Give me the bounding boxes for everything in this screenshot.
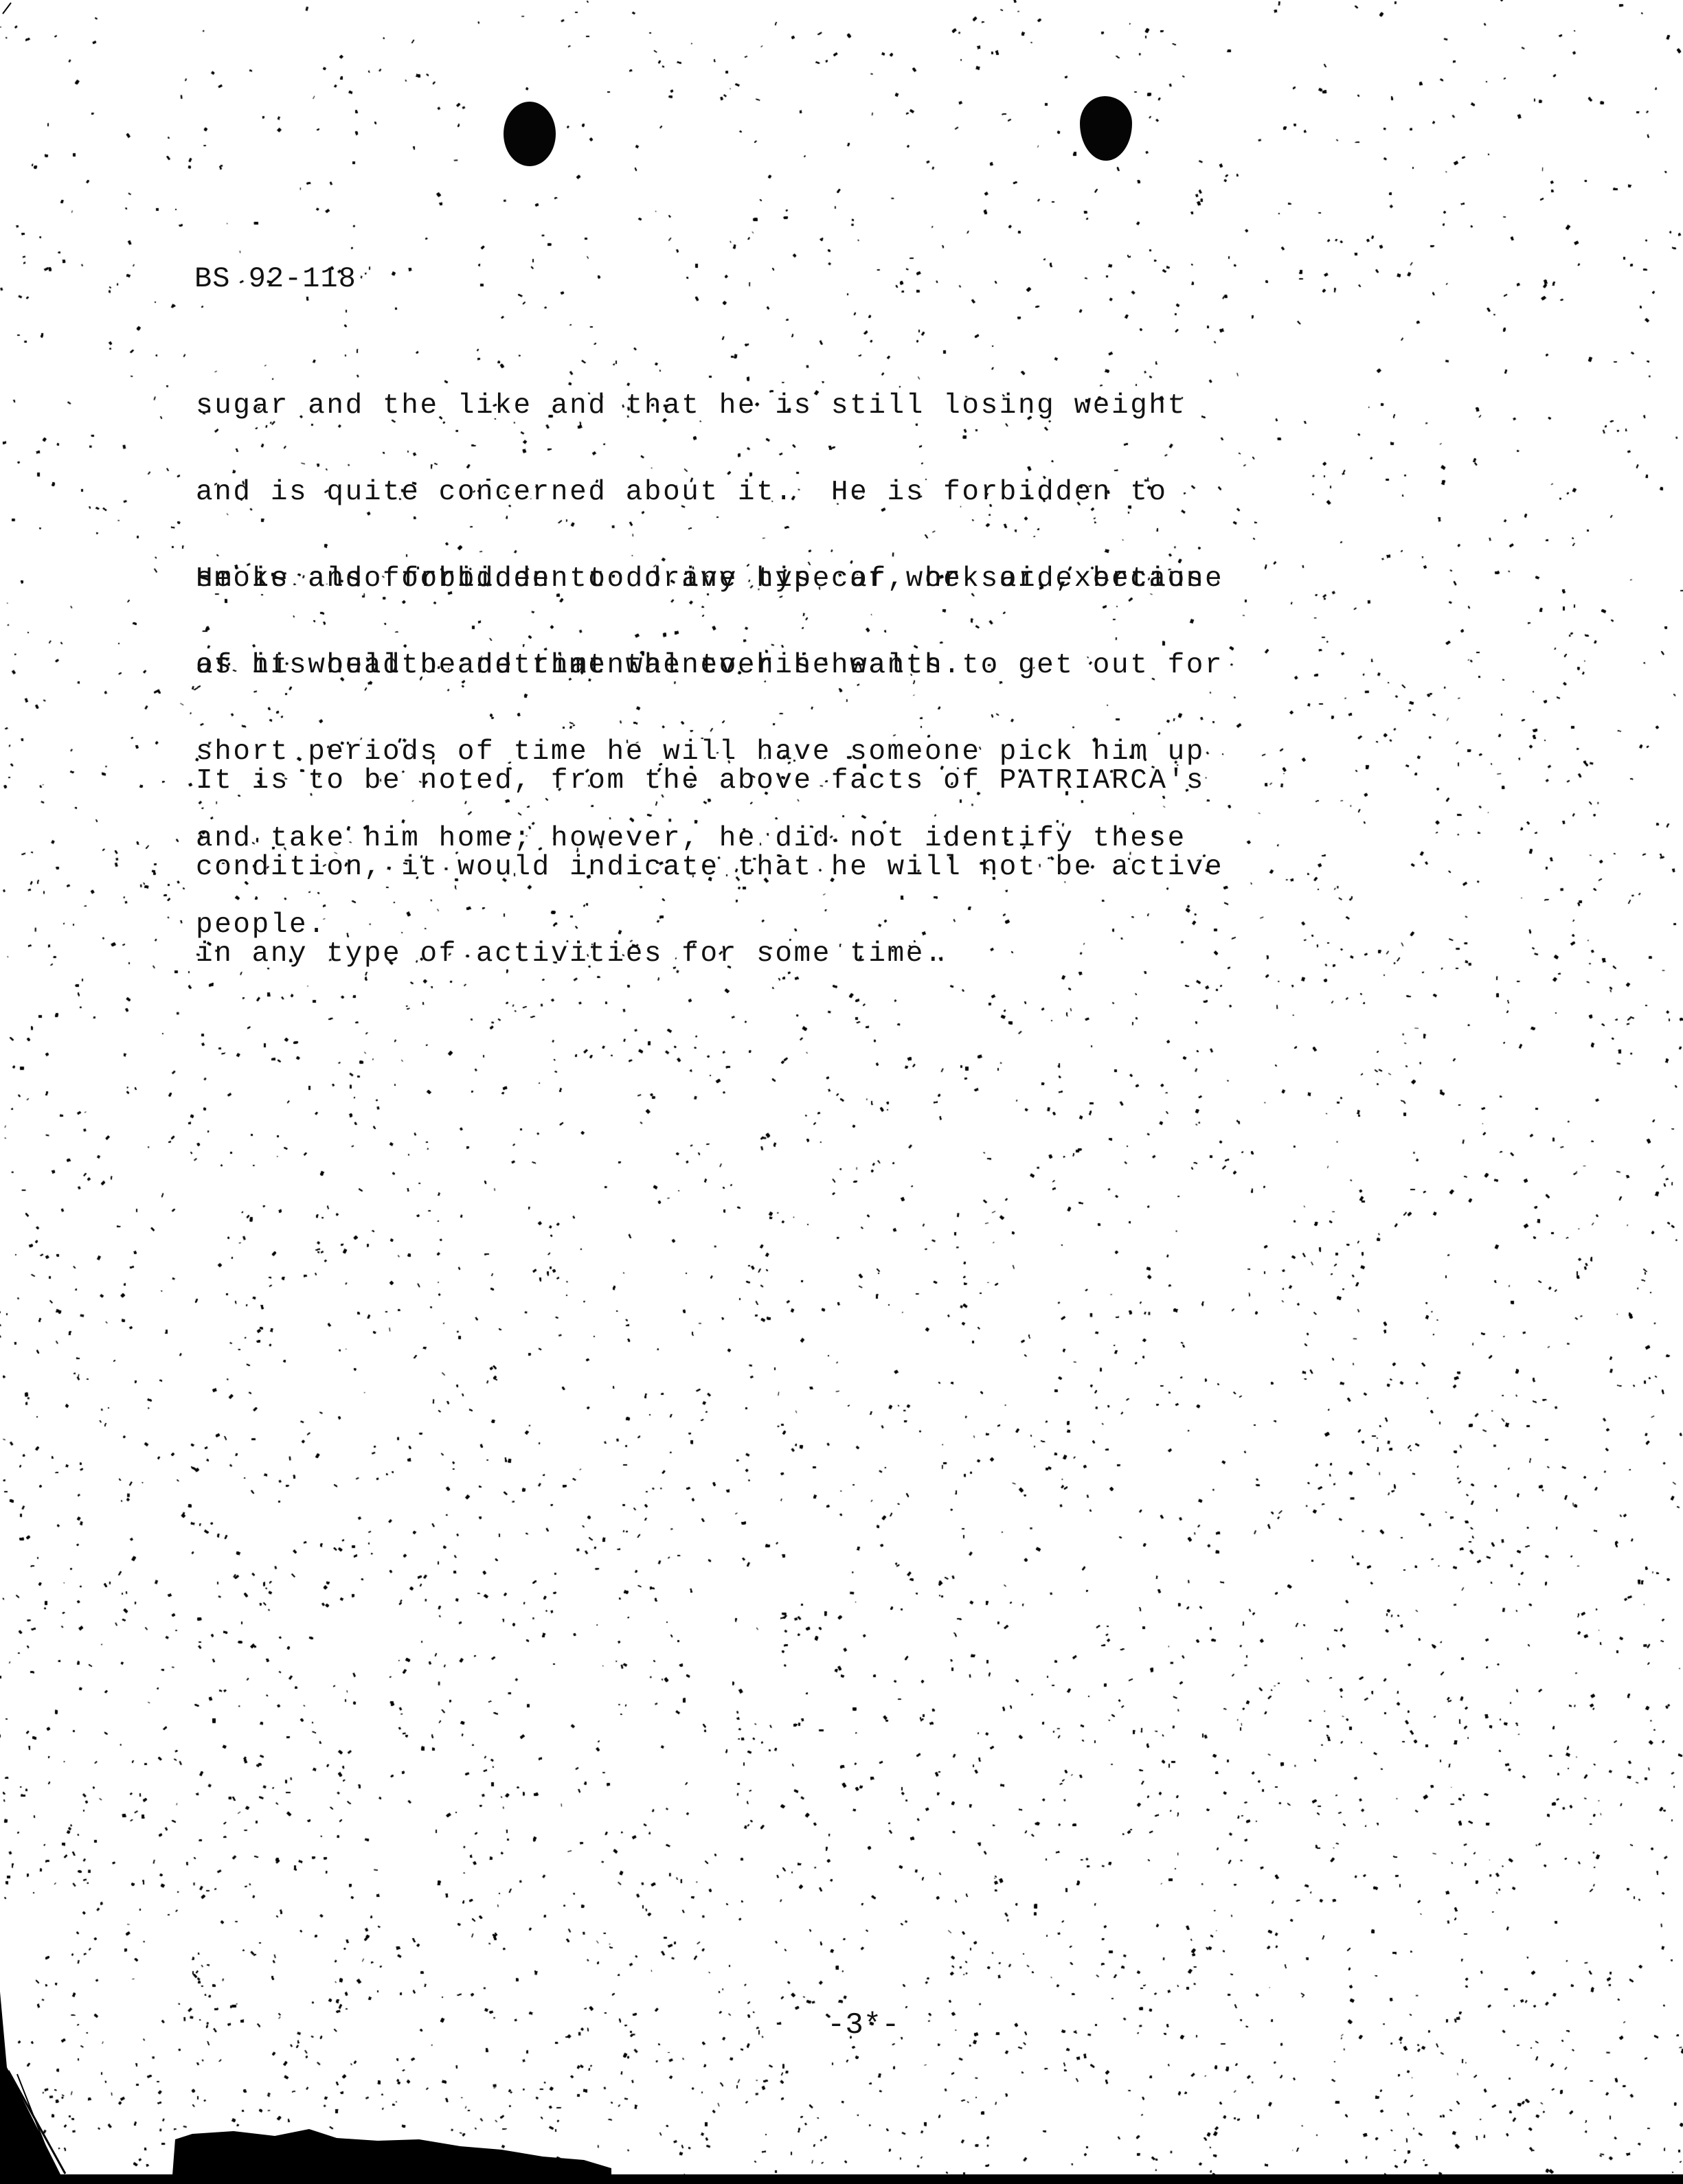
text-line: in any type of activities for some time.: [196, 940, 1223, 968]
text-line: It is to be noted, from the above facts …: [196, 766, 1223, 795]
punch-hole-right: [1080, 96, 1132, 161]
paragraph-conclusion: It is to be noted, from the above facts …: [196, 709, 1223, 1026]
file-number: BS 92-118: [194, 262, 357, 295]
text-line: of his health and that whenever he wants…: [196, 651, 1223, 680]
scan-edge: [0, 2174, 1683, 2184]
document-page: BS 92-118 sugar and the like and that he…: [0, 0, 1683, 2184]
text-line: sugar and the like and that he is still …: [196, 391, 1205, 420]
corner-mark: [1, 1, 15, 15]
punch-hole-left: [504, 102, 556, 166]
page-curl-shadow: [0, 1992, 69, 2184]
scan-noise: [0, 0, 1683, 2184]
text-line: He is also forbidden to drive his car, h…: [196, 565, 1223, 593]
text-line: and is quite concerned about it. He is f…: [196, 478, 1205, 507]
page-number: -3*-: [827, 2008, 900, 2043]
text-line: condition, it would indicate that he wil…: [196, 853, 1223, 882]
